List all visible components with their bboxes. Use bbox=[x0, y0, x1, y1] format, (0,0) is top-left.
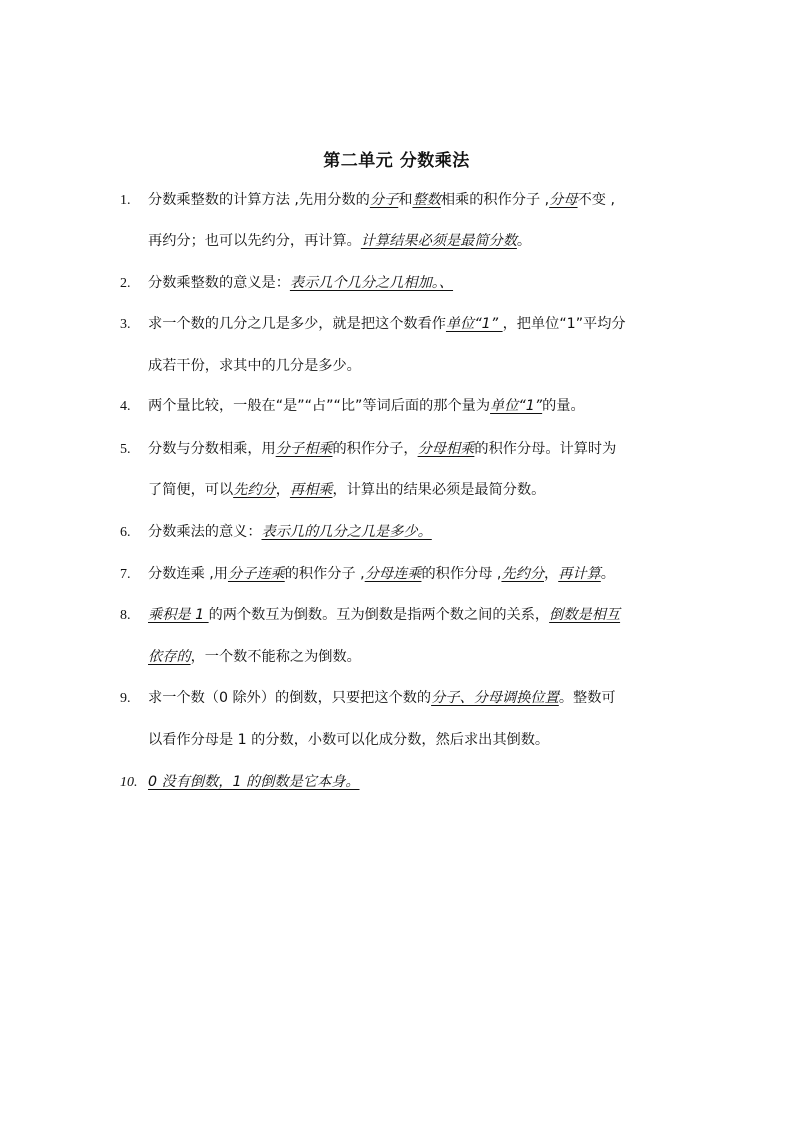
key-answer: 分子相乘 bbox=[276, 441, 333, 457]
text: ，计算出的结果必须是最简分数。 bbox=[333, 482, 546, 498]
item-number: 9. bbox=[120, 689, 148, 709]
text: 分数乘法的意义： bbox=[148, 524, 262, 540]
text: 了简便，可以 bbox=[148, 482, 233, 498]
list-item-continuation: 依存的，一个数不能称之为倒数。 bbox=[120, 647, 361, 667]
text: 。整数可 bbox=[559, 690, 616, 706]
key-answer: 分子连乘 bbox=[228, 566, 285, 582]
text: 不变 , bbox=[578, 192, 615, 208]
list-item: 7.分数连乘 ,用分子连乘的积作分子 ,分母连乘的积作分母 ,先约分，再计算。 bbox=[120, 564, 615, 585]
item-number: 8. bbox=[120, 606, 148, 626]
key-answer: 整数 bbox=[412, 192, 440, 208]
key-answer: 单位“1” bbox=[446, 316, 503, 332]
text: 的积作分子 , bbox=[285, 566, 365, 582]
key-answer: 单位“1” bbox=[490, 398, 542, 414]
text: 。 bbox=[601, 566, 615, 582]
text: ，一个数不能称之为倒数。 bbox=[191, 649, 361, 665]
text: ， bbox=[276, 482, 290, 498]
key-answer: 计算结果必须是最简分数 bbox=[361, 233, 517, 249]
text: 求一个数的几分之几是多少，就是把这个数看作 bbox=[148, 316, 446, 332]
text: 相乘的积作分子 , bbox=[441, 192, 549, 208]
text: 的积作分母 , bbox=[421, 566, 501, 582]
item-number: 5. bbox=[120, 440, 148, 460]
item-number: 10. bbox=[120, 773, 148, 793]
item-number: 1. bbox=[120, 191, 148, 211]
key-answer: 先约分 bbox=[233, 482, 276, 498]
key-answer: 分子 bbox=[370, 192, 398, 208]
item-number: 2. bbox=[120, 274, 148, 294]
text: 的积作分母。计算时为 bbox=[474, 441, 616, 457]
list-item: 3.求一个数的几分之几是多少，就是把这个数看作单位“1” ，把单位“1”平均分 bbox=[120, 314, 626, 335]
key-answer: 0 没有倒数，1 的倒数是它本身。 bbox=[148, 774, 360, 790]
text: ，把单位“1”平均分 bbox=[503, 316, 626, 332]
text: ， bbox=[544, 566, 558, 582]
key-answer: 表示几的几分之几是多少。 bbox=[262, 524, 432, 540]
key-answer: 分子、分母调换位置 bbox=[431, 690, 559, 706]
key-answer: 分母 bbox=[549, 192, 577, 208]
text: 再约分；也可以先约分，再计算。 bbox=[148, 233, 361, 249]
list-item: 2.分数乘整数的意义是：表示几个几分之几相加。、 bbox=[120, 273, 453, 294]
list-item: 1.分数乘整数的计算方法 ,先用分数的分子和整数相乘的积作分子 ,分母不变 , bbox=[120, 190, 615, 211]
text: 分数连乘 ,用 bbox=[148, 566, 228, 582]
text: 和 bbox=[398, 192, 412, 208]
key-answer: 先约分 bbox=[501, 566, 544, 582]
text: 。 bbox=[517, 233, 531, 249]
item-number: 4. bbox=[120, 397, 148, 417]
key-answer: 依存的 bbox=[148, 649, 191, 665]
key-answer: 分母连乘 bbox=[365, 566, 422, 582]
item-number: 7. bbox=[120, 565, 148, 585]
list-item-continuation: 了简便，可以先约分，再相乘，计算出的结果必须是最简分数。 bbox=[120, 480, 545, 500]
text: 两个量比较，一般在“是”“占”“比”等词后面的那个量为 bbox=[148, 398, 490, 414]
list-item: 10.0 没有倒数，1 的倒数是它本身。 bbox=[120, 772, 360, 793]
text: 求一个数（0 除外）的倒数，只要把这个数的 bbox=[148, 690, 431, 706]
text: 的积作分子， bbox=[332, 441, 417, 457]
key-answer: 乘积是 1 bbox=[148, 607, 209, 623]
text: 的两个数互为倒数。互为倒数是指两个数之间的关系， bbox=[209, 607, 550, 623]
item-number: 6. bbox=[120, 523, 148, 543]
list-item: 6.分数乘法的意义：表示几的几分之几是多少。 bbox=[120, 522, 432, 543]
list-item: 9.求一个数（0 除外）的倒数，只要把这个数的分子、分母调换位置。整数可 bbox=[120, 688, 616, 709]
text: 分数与分数相乘，用 bbox=[148, 441, 276, 457]
key-answer: 再计算 bbox=[558, 566, 601, 582]
key-answer: 表示几个几分之几相加。、 bbox=[290, 275, 453, 291]
key-answer: 倒数是相互 bbox=[549, 607, 620, 623]
list-item: 8.乘积是 1 的两个数互为倒数。互为倒数是指两个数之间的关系，倒数是相互 bbox=[120, 605, 620, 626]
text: 分数乘整数的计算方法 ,先用分数的 bbox=[148, 192, 370, 208]
key-answer: 分母相乘 bbox=[418, 441, 475, 457]
text: 分数乘整数的意义是： bbox=[148, 275, 290, 291]
text: 以看作分母是 1 的分数，小数可以化成分数，然后求出其倒数。 bbox=[148, 732, 549, 748]
list-item-continuation: 成若干份，求其中的几分是多少。 bbox=[120, 356, 361, 376]
text: 成若干份，求其中的几分是多少。 bbox=[148, 358, 361, 374]
key-answer: 再相乘 bbox=[290, 482, 333, 498]
list-item-continuation: 再约分；也可以先约分，再计算。计算结果必须是最简分数。 bbox=[120, 231, 531, 251]
page-title: 第二单元 分数乘法 bbox=[0, 146, 793, 171]
list-item: 4.两个量比较，一般在“是”“占”“比”等词后面的那个量为单位“1”的量。 bbox=[120, 396, 585, 417]
text: 的量。 bbox=[542, 398, 585, 414]
item-number: 3. bbox=[120, 315, 148, 335]
list-item: 5.分数与分数相乘，用分子相乘的积作分子，分母相乘的积作分母。计算时为 bbox=[120, 439, 616, 460]
list-item-continuation: 以看作分母是 1 的分数，小数可以化成分数，然后求出其倒数。 bbox=[120, 730, 549, 750]
